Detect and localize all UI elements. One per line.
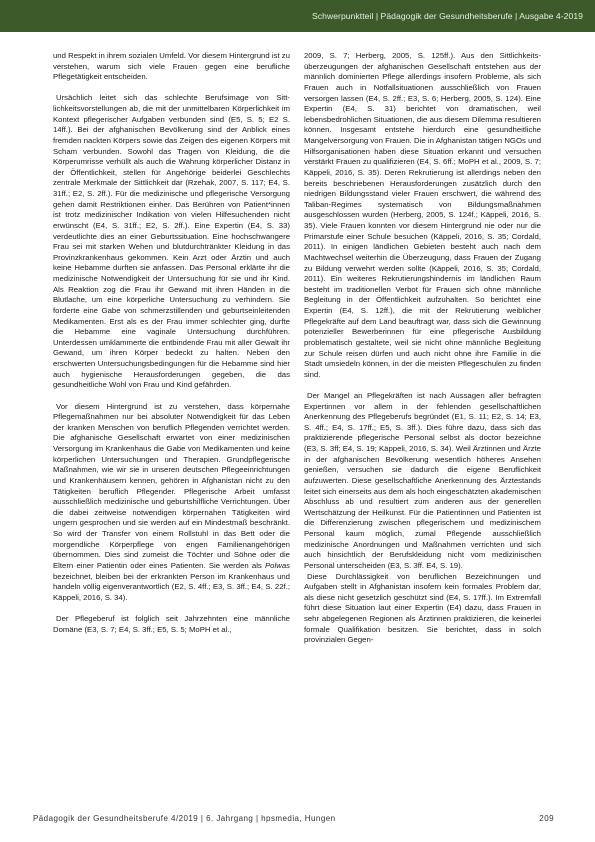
paragraph-text: Vor diesem Hintergrund ist zu verstehen,… xyxy=(53,402,290,570)
paragraph: Diese Durchlässigkeit von beruflichen Be… xyxy=(304,572,541,646)
footer-citation: Pädagogik der Gesundheitsberufe 4/2019 |… xyxy=(33,814,336,823)
paragraph: und Respekt in ihrem sozialen Umfeld. Vo… xyxy=(53,51,290,83)
paragraph-text: bezeichnet, bleiben bei der erkrankten P… xyxy=(53,572,290,602)
paragraph: Der Mangel an Pflegekräften ist nach Aus… xyxy=(304,391,541,572)
paragraph: Der Pflegeberuf ist folglich seit Jahrze… xyxy=(53,614,290,635)
paragraph: Vor diesem Hintergrund ist zu verstehen,… xyxy=(53,402,290,604)
emphasized-term: Polwas xyxy=(265,561,290,570)
running-header-title: Schwerpunktteil | Pädagogik der Gesundhe… xyxy=(312,11,583,21)
right-text-column: 2009, S. 7; Herberg, 2005, S. 125ff.). A… xyxy=(304,51,541,646)
paragraph: 2009, S. 7; Herberg, 2005, S. 125ff.). A… xyxy=(304,51,541,380)
paragraph: Ursächlich leitet sich das schlechte Ber… xyxy=(53,93,290,391)
page-footer: Pädagogik der Gesundheitsberufe 4/2019 |… xyxy=(33,814,568,826)
header-bar: Schwerpunktteil | Pädagogik der Gesundhe… xyxy=(0,0,595,32)
page-number: 209 xyxy=(539,814,554,823)
left-text-column: und Respekt in ihrem sozialen Umfeld. Vo… xyxy=(53,51,290,635)
